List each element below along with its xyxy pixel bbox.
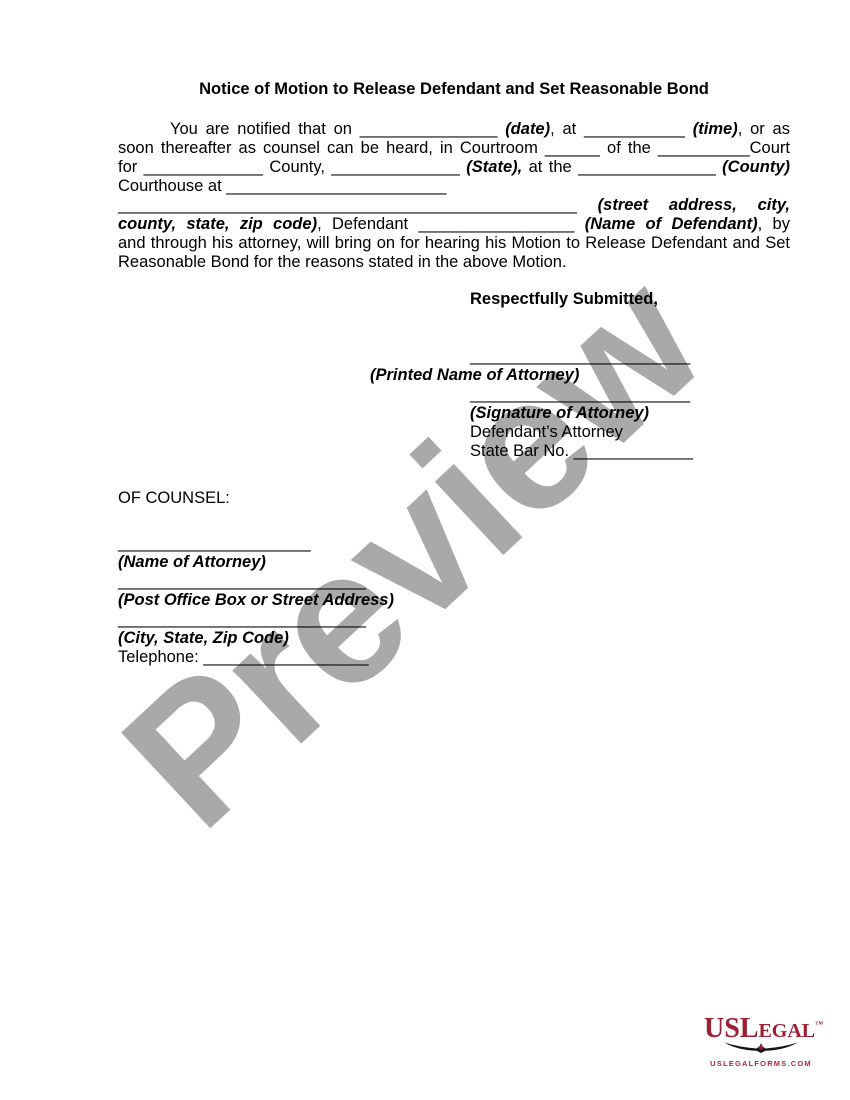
attorney-signature-block: Respectfully Submitted, ________________… <box>470 290 790 461</box>
para-line-6: county, state, zip code), Defendant ____… <box>118 215 790 234</box>
field-label-defendant-name: (Name of Defendant) <box>585 215 758 233</box>
text-segment: , or as <box>738 120 790 138</box>
blank-field-state-bar: _____________ <box>574 442 693 460</box>
spacer <box>118 508 538 534</box>
text-segment: Reasonable Bond for the reasons stated i… <box>118 253 567 271</box>
respectfully-submitted: Respectfully Submitted, <box>470 290 790 309</box>
uslegal-brand-text: USLegal <box>704 1013 815 1044</box>
para-line-1: You are notified that on _______________… <box>118 120 790 139</box>
para-line-4: Courthouse at ________________________ <box>118 177 790 196</box>
text-segment: at the <box>522 158 578 176</box>
uslegalforms-url: USLEGALFORMS.COM <box>704 1054 818 1073</box>
defendants-attorney-text: Defendant’s Attorney <box>470 423 790 442</box>
text-segment: Court <box>750 139 790 157</box>
of-counsel-heading: OF COUNSEL: <box>118 489 538 508</box>
field-label-date: (date) <box>505 120 550 138</box>
text-segment: You are notified that on <box>170 120 360 138</box>
field-label-county: (County) <box>722 158 790 176</box>
blank-line <box>470 309 790 328</box>
text-segment <box>574 215 584 233</box>
blank-field-state: ______________ <box>331 158 459 176</box>
counsel-name-line: _____________________ <box>118 534 538 553</box>
field-label-county-state-zip: county, state, zip code) <box>118 215 317 233</box>
printed-name-label: (Printed Name of Attorney) <box>370 366 690 385</box>
blank-field-county-courthouse: _______________ <box>578 158 716 176</box>
uslegal-logo[interactable]: USLegal™ USLEGALFORMS.COM <box>704 1014 818 1073</box>
counsel-name-label: (Name of Attorney) <box>118 553 538 572</box>
blank-field-street-address: ________________________________________… <box>118 196 577 214</box>
text-segment: , at <box>550 120 584 138</box>
counsel-city-line: ___________________________ <box>118 610 538 629</box>
document-page: Preview Notice of Motion to Release Defe… <box>0 0 850 1100</box>
para-line-7: and through his attorney, will bring on … <box>118 234 790 253</box>
state-bar-line: State Bar No. _____________ <box>470 442 790 461</box>
counsel-address-label: (Post Office Box or Street Address) <box>118 591 538 610</box>
trademark-icon: ™ <box>815 1020 823 1029</box>
printed-name-line: ________________________ <box>470 347 790 366</box>
notice-paragraph: You are notified that on _______________… <box>118 120 790 272</box>
state-bar-label: State Bar No. <box>470 442 574 460</box>
blank-field-time: ___________ <box>584 120 685 138</box>
text-segment: of the <box>600 139 658 157</box>
text-segment: , Defendant <box>317 215 418 233</box>
counsel-address-line: ___________________________ <box>118 572 538 591</box>
text-segment <box>685 120 693 138</box>
uslegal-wordmark: USLegal™ <box>704 1014 818 1043</box>
text-segment: , by <box>758 215 790 233</box>
blank-field-defendant-name: _________________ <box>418 215 574 233</box>
of-counsel-block: OF COUNSEL: _____________________ (Name … <box>118 489 538 667</box>
para-line-2: soon thereafter as counsel can be heard,… <box>118 139 790 158</box>
signature-line: ________________________ <box>470 385 790 404</box>
field-label-time: (time) <box>693 120 738 138</box>
text-segment: County, <box>263 158 331 176</box>
text-segment: and through his attorney, will bring on … <box>118 234 790 252</box>
telephone-line: Telephone: __________________ <box>118 648 538 667</box>
blank-field-court: __________ <box>658 139 750 157</box>
text-segment: for <box>118 158 144 176</box>
telephone-label: Telephone: <box>118 648 203 666</box>
blank-field-telephone: __________________ <box>203 648 368 666</box>
signature-label: (Signature of Attorney) <box>470 404 790 423</box>
blank-field-date: _______________ <box>360 120 498 138</box>
counsel-city-label: (City, State, Zip Code) <box>118 629 538 648</box>
para-line-8: Reasonable Bond for the reasons stated i… <box>118 253 790 272</box>
para-line-5: ________________________________________… <box>118 196 790 215</box>
blank-field-courthouse-location: ________________________ <box>226 177 446 195</box>
field-label-street-address: (street address, city, <box>598 196 790 214</box>
para-line-3: for _____________ County, ______________… <box>118 158 790 177</box>
blank-field-county: _____________ <box>144 158 263 176</box>
text-segment <box>577 196 598 214</box>
text-segment: Courthouse at <box>118 177 226 195</box>
document-title: Notice of Motion to Release Defendant an… <box>118 80 790 99</box>
text-segment: soon thereafter as counsel can be heard,… <box>118 139 545 157</box>
blank-field-courtroom: ______ <box>545 139 600 157</box>
document-content: Notice of Motion to Release Defendant an… <box>0 0 790 667</box>
blank-line <box>470 328 790 347</box>
field-label-state: (State), <box>466 158 522 176</box>
